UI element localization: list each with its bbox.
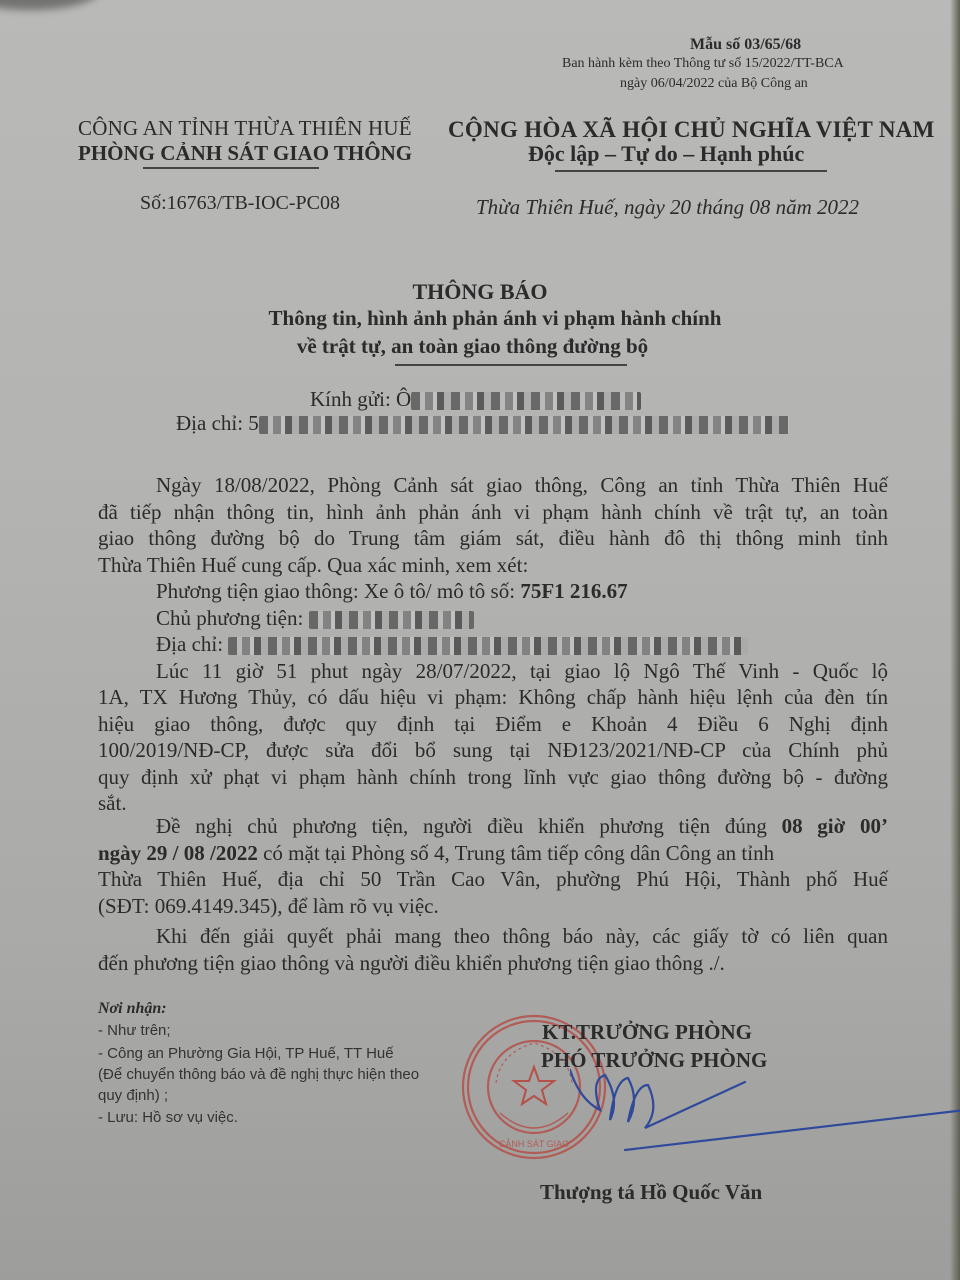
license-plate: 75F1 216.67	[520, 579, 627, 603]
body-paragraph-2: Đề nghị chủ phương tiện, người điều khiể…	[98, 813, 888, 919]
owner-line: Chủ phương tiện:	[98, 605, 888, 632]
summons-line: ngày 29 / 08 /2022 có mặt tại Phòng số 4…	[98, 840, 888, 867]
violation-line: 100/2019/NĐ-CP, được sửa đổi bổ sung tại…	[98, 737, 888, 764]
vehicle-label: Phương tiện giao thông: Xe ô tô/ mô tô s…	[156, 579, 520, 603]
form-template-number: Mẫu số 03/65/68	[690, 36, 801, 54]
recipient-item: (Để chuyển thông báo và đề nghị thực hiệ…	[98, 1066, 419, 1083]
signer-name: Thượng tá Hồ Quốc Văn	[540, 1180, 762, 1205]
redacted-recipient-address	[259, 416, 789, 434]
nation-name: CỘNG HÒA XÃ HỘI CHỦ NGHĨA VIỆT NAM	[448, 117, 935, 143]
subtitle-underline	[395, 364, 627, 366]
form-issued-with-line1: Ban hành kèm theo Thông tư số 15/2022/TT…	[562, 56, 844, 72]
summons-line: (SĐT: 069.4149.345), để làm rõ vụ việc.	[98, 893, 888, 920]
body-line: Ngày 18/08/2022, Phòng Cảnh sát giao thô…	[98, 472, 888, 499]
recipient-item: quy định) ;	[98, 1087, 168, 1104]
recipients-heading: Nơi nhận:	[98, 1000, 167, 1018]
document-subtitle-line2: về trật tự, an toàn giao thông đường bộ	[0, 334, 945, 359]
vehicle-line: Phương tiện giao thông: Xe ô tô/ mô tô s…	[98, 578, 888, 605]
owner-address-line: Địa chỉ:	[98, 631, 888, 658]
svg-text:CẢNH SÁT GIAO: CẢNH SÁT GIAO	[499, 1138, 569, 1149]
photo-corner-shadow	[0, 0, 100, 10]
form-issued-with-line2: ngày 06/04/2022 của Bộ Công an	[620, 76, 808, 92]
department-underline	[143, 167, 319, 169]
body-line: giao thông đường bộ do Trung tâm giám sá…	[98, 525, 888, 552]
department-name: PHÒNG CẢNH SÁT GIAO THÔNG	[78, 141, 412, 166]
owner-label: Chủ phương tiện:	[156, 606, 309, 630]
recipient-label: Kính gửi: Ô	[310, 387, 411, 411]
body-line: Thừa Thiên Huế cung cấp. Qua xác minh, x…	[98, 552, 888, 579]
signature-title-line1: KT.TRƯỞNG PHÒNG	[542, 1020, 752, 1045]
handwritten-signature-icon	[570, 1060, 960, 1180]
summons-time: 08 giờ 00’	[782, 814, 888, 838]
recipient-item: - Công an Phường Gia Hội, TP Huế, TT Huế	[98, 1045, 394, 1062]
place-and-date: Thừa Thiên Huế, ngày 20 tháng 08 năm 202…	[476, 195, 859, 220]
recipient-line: Kính gửi: Ô	[310, 387, 641, 412]
summons-date: ngày 29 / 08 /2022	[98, 841, 258, 865]
document-subtitle-line1: Thông tin, hình ảnh phản ánh vi phạm hàn…	[0, 306, 960, 331]
summons-line: Đề nghị chủ phương tiện, người điều khiể…	[98, 813, 888, 840]
recipient-item: - Lưu: Hồ sơ vụ việc.	[98, 1109, 238, 1126]
violation-line: hiệu giao thông, được quy định tại Điểm …	[98, 711, 888, 738]
closing-line: đến phương tiện giao thông và người điều…	[98, 950, 888, 977]
owner-address-label: Địa chỉ:	[156, 632, 228, 656]
summons-line: Thừa Thiên Huế, địa chỉ 50 Trần Cao Vân,…	[98, 866, 888, 893]
national-motto: Độc lập – Tự do – Hạnh phúc	[528, 141, 804, 167]
motto-underline	[555, 170, 827, 172]
summons-location: có mặt tại Phòng số 4, Trung tâm tiếp cô…	[258, 841, 774, 865]
violation-line: Lúc 11 giờ 51 phut ngày 28/07/2022, tại …	[98, 658, 888, 685]
summons-text: Đề nghị chủ phương tiện, người điều khiể…	[156, 814, 782, 838]
redacted-owner-name	[309, 611, 474, 629]
redacted-recipient-name	[411, 392, 641, 410]
body-paragraph-3: Khi đến giải quyết phải mang theo thông …	[98, 923, 888, 976]
recipient-item: - Như trên;	[98, 1022, 171, 1039]
document-title: THÔNG BÁO	[0, 279, 960, 305]
violation-line: quy định xử phạt vi phạm hành chính tron…	[98, 764, 888, 791]
recipient-address-line: Địa chỉ: 5	[176, 411, 789, 436]
closing-line: Khi đến giải quyết phải mang theo thông …	[98, 923, 888, 950]
body-line: đã tiếp nhận thông tin, hình ảnh phản án…	[98, 499, 888, 526]
agency-name: CÔNG AN TỈNH THỪA THIÊN HUẾ	[78, 116, 412, 141]
body-paragraph-1: Ngày 18/08/2022, Phòng Cảnh sát giao thô…	[98, 472, 888, 817]
violation-line: 1A, TX Hương Thủy, có dấu hiệu vi phạm: …	[98, 684, 888, 711]
redacted-owner-address	[228, 637, 748, 655]
recipient-address-label: Địa chỉ: 5	[176, 411, 259, 435]
document-number: Số:16763/TB-IOC-PC08	[140, 192, 340, 215]
